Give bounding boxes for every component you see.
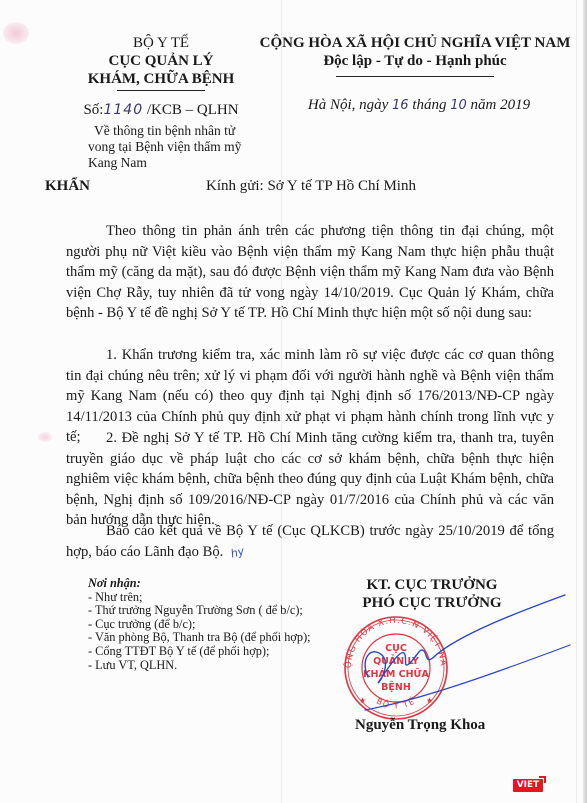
recipient-item: - Cổng TTĐT Bộ Y tế (để phối hợp); (88, 645, 311, 659)
recipient-item: - Như trên; (88, 591, 311, 605)
motto-underline (336, 76, 494, 77)
document-number: Số:1140 /KCB – QLHN (72, 101, 250, 119)
document-subject: Về thông tin bệnh nhân tử vong tại Bệnh … (72, 123, 247, 171)
recipient-item: - Cục trưởng (để b/c); (88, 618, 311, 632)
doc-number-handwritten: 1140 (103, 102, 143, 118)
nation-title: CỘNG HÒA XÃ HỘI CHỦ NGHĨA VIỆT NAM (256, 34, 574, 52)
date-prefix: Hà Nội, ngày (308, 97, 388, 113)
recipient-greeting: Kính gửi: Sở Y tế TP Hồ Chí Minh (206, 178, 416, 195)
ministry-name: BỘ Y TẾ (72, 34, 250, 52)
handwritten-initials: hy (229, 541, 247, 564)
doc-number-suffix: /KCB – QLHN (147, 102, 239, 118)
document-date: Hà Nội, ngày 16 tháng 10 năm 2019 (256, 96, 574, 115)
recipients-title: Nơi nhận: (88, 577, 311, 591)
date-month-label: tháng (412, 97, 446, 113)
page-right-edge (583, 0, 587, 803)
body-closing: Báo cáo kết quả về Bộ Y tế (Cục QLKCB) t… (66, 521, 554, 563)
recipient-item: - Thứ trưởng Nguyễn Trường Sơn ( để b/c)… (88, 604, 311, 618)
paragraph-text: Theo thông tin phản ánh trên các phương … (66, 223, 554, 321)
doc-number-prefix: Số: (83, 102, 103, 118)
national-motto: Độc lập - Tự do - Hạnh phúc (256, 52, 574, 70)
ink-smudge (3, 22, 29, 44)
body-item-2: 2. Đề nghị Sở Y tế TP. Hồ Chí Minh tăng … (66, 428, 554, 531)
department-name-line1: CỤC QUẢN LÝ (72, 52, 250, 70)
recipients-list: Nơi nhận: - Như trên; - Thứ trưởng Nguyễ… (88, 577, 311, 672)
national-header: CỘNG HÒA XÃ HỘI CHỦ NGHĨA VIỆT NAM Độc l… (256, 34, 574, 115)
recipient-item: - Lưu VT, QLHN. (88, 659, 311, 673)
item-text: 2. Đề nghị Sở Y tế TP. Hồ Chí Minh tăng … (66, 430, 554, 528)
closing-text: Báo cáo kết quả về Bộ Y tế (Cục QLKCB) t… (66, 523, 554, 560)
body-paragraph: Theo thông tin phản ánh trên các phương … (66, 221, 554, 324)
handwritten-signature-icon (360, 585, 580, 715)
date-day: 16 (392, 98, 409, 113)
ink-smudge (38, 432, 52, 442)
urgency-label: KHẨN (45, 178, 90, 195)
header-underline (117, 90, 205, 91)
signer-name: Nguyễn Trọng Khoa (355, 717, 485, 734)
document-page: BỘ Y TẾ CỤC QUẢN LÝ KHÁM, CHỮA BỆNH Số:1… (0, 0, 587, 803)
recipient-item: - Văn phòng Bộ, Thanh tra Bộ (để phối hợ… (88, 631, 311, 645)
viet-watermark-logo: VIET (513, 779, 543, 792)
date-month: 10 (450, 98, 467, 113)
issuing-agency-header: BỘ Y TẾ CỤC QUẢN LÝ KHÁM, CHỮA BỆNH Số:1… (72, 34, 250, 171)
department-name-line2: KHÁM, CHỮA BỆNH (72, 70, 250, 88)
date-year: năm 2019 (471, 97, 531, 113)
